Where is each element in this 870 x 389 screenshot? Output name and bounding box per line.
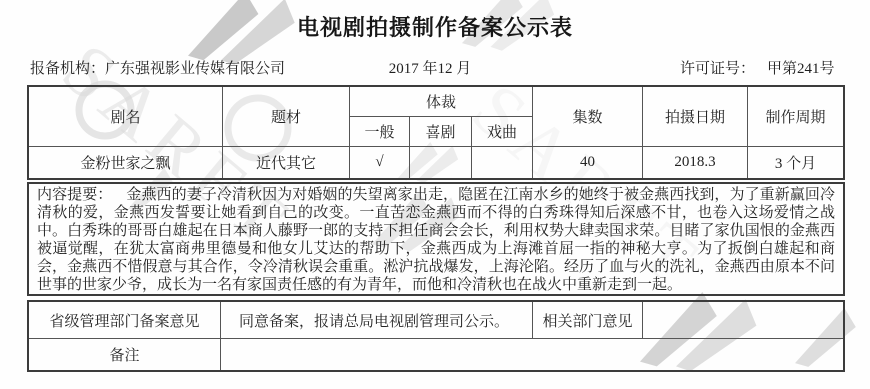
- report-date: 2017 年12 月: [350, 57, 510, 78]
- page-title: 电视剧拍摄制作备案公示表: [0, 11, 870, 42]
- record-publicity-form-page: SARFT SARFT: [0, 0, 870, 389]
- header-subject: 题材: [223, 87, 350, 147]
- reporting-org: 报备机构：广东强视影业传媒有限公司: [30, 57, 285, 78]
- content-summary-text: 金燕西的妻子冷清秋因为对婚姻的失望离家出走，隐匿在江南水乡的她终于被金燕西找到，…: [37, 187, 835, 293]
- header-genre: 体裁: [350, 87, 533, 117]
- header-episodes: 集数: [533, 87, 643, 147]
- info-row: 报备机构：广东强视影业传媒有限公司 2017 年12 月 许可证号：甲第241号: [0, 57, 870, 77]
- cell-subject: 近代其它: [223, 147, 350, 178]
- remarks-value: [221, 339, 843, 370]
- header-genre-general: 一般: [350, 117, 410, 147]
- cell-genre-opera-check: [472, 147, 533, 178]
- license-number: 许可证号：甲第241号: [680, 57, 835, 78]
- form-content: 电视剧拍摄制作备案公示表 报备机构：广东强视影业传媒有限公司 2017 年12 …: [0, 0, 870, 389]
- header-production-cycle: 制作周期: [748, 87, 843, 147]
- remarks-label: 备注: [29, 339, 221, 370]
- content-summary-box: 内容提要：金燕西的妻子冷清秋因为对婚姻的失望离家出走，隐匿在江南水乡的她终于被金…: [27, 182, 845, 296]
- cell-genre-comedy-check: [410, 147, 472, 178]
- related-dept-opinion-value: [643, 302, 843, 339]
- header-genre-opera: 戏曲: [472, 117, 533, 147]
- reporting-org-value: 广东强视影业传媒有限公司: [105, 61, 285, 77]
- license-value: 甲第241号: [767, 61, 835, 77]
- cell-genre-general-check: √: [350, 147, 410, 178]
- provincial-opinion-value: 同意备案，报请总局电视剧管理司公示。: [221, 302, 533, 339]
- opinions-table: 省级管理部门备案意见 同意备案，报请总局电视剧管理司公示。 相关部门意见 备注: [27, 300, 845, 372]
- cell-drama-name: 金粉世家之飘: [29, 147, 223, 178]
- cell-episodes: 40: [533, 147, 643, 178]
- cell-shoot-date: 2018.3: [643, 147, 748, 178]
- content-summary-label: 内容提要：: [37, 187, 112, 203]
- reporting-org-label: 报备机构：: [30, 61, 105, 77]
- header-genre-comedy: 喜剧: [410, 117, 472, 147]
- header-shoot-date: 拍摄日期: [643, 87, 748, 147]
- drama-info-table: 剧名 题材 体裁 一般 喜剧 戏曲 集数 拍摄日期 制作周期 金粉世家之飘 近代…: [27, 85, 845, 180]
- license-label: 许可证号：: [680, 61, 755, 77]
- cell-production-cycle: 3 个月: [748, 147, 843, 178]
- header-drama-name: 剧名: [29, 87, 223, 147]
- related-dept-opinion-label: 相关部门意见: [533, 302, 643, 339]
- provincial-opinion-label: 省级管理部门备案意见: [29, 302, 221, 339]
